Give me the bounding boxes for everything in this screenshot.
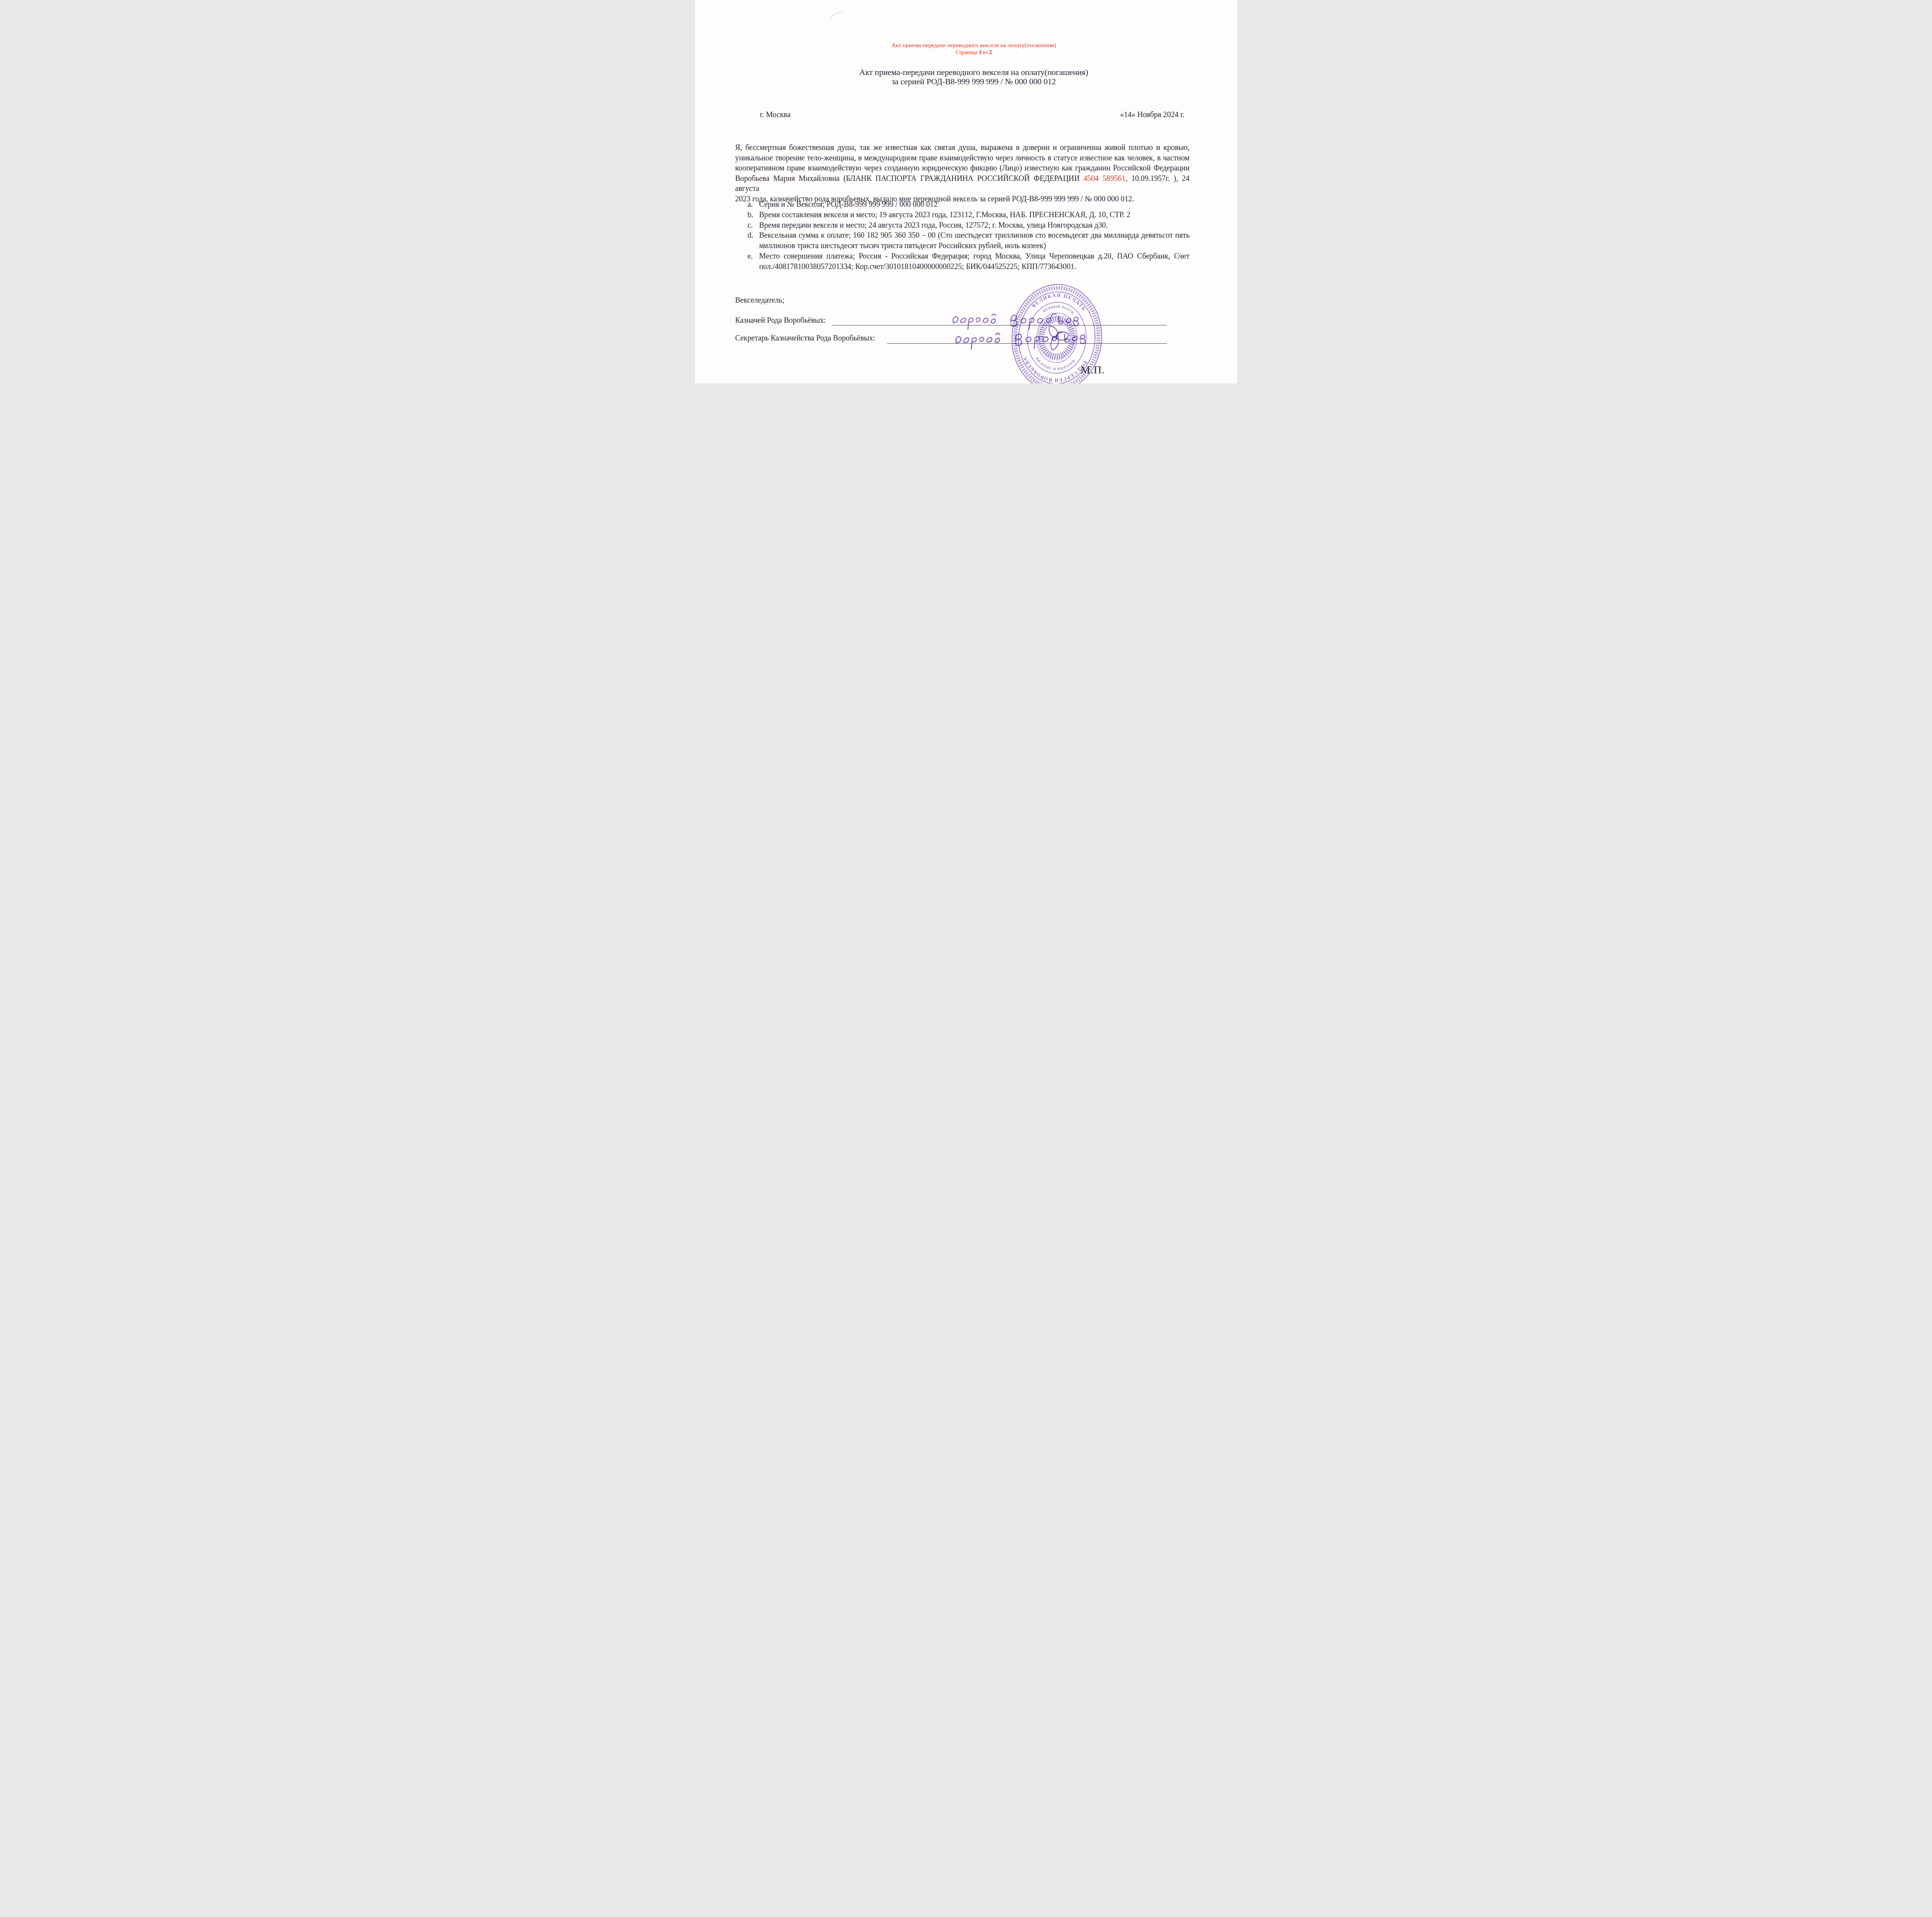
seal-place-mark: М.П.	[1081, 364, 1105, 376]
paragraph-line: Я, бессмертная божественная душа, так же…	[735, 143, 1190, 153]
list-item-text: миллионов триста шестьдесят тысяч триста…	[759, 241, 1190, 251]
list-item: e. Место совершения платежа; Россия - Ро…	[748, 251, 1190, 272]
page-current: 1	[979, 50, 981, 56]
list-marker: c.	[748, 220, 753, 231]
list-marker: a.	[748, 199, 753, 210]
paragraph-line: Воробьева Мария Михайловна (БЛАНК ПАСПОР…	[735, 174, 1190, 194]
document-title-line1: Акт приема-передачи переводного векселя …	[711, 68, 1237, 77]
treasurer-label: Казначей Рода Воробьёвых:	[735, 316, 826, 325]
secretary-handwritten-signature	[947, 324, 1088, 352]
list-item-text: Серия и № Векселя; РОД-В8-999 999 999 / …	[759, 199, 1190, 210]
passport-number: 4504 589561	[1083, 174, 1126, 183]
scan-scratch-mark	[829, 10, 844, 21]
city-label: г. Москва	[760, 111, 791, 119]
list-item: b. Время составления векселя и место; 19…	[748, 210, 1190, 220]
paragraph-line: уникальное творение тело-женщина, в межд…	[735, 153, 1190, 163]
main-paragraph: Я, бессмертная божественная душа, так же…	[735, 143, 1190, 204]
document-title-line2: за серией РОД-В8-999 999 999 / № 000 000…	[711, 77, 1237, 87]
list-item: c. Время передачи векселя и место; 24 ав…	[748, 220, 1190, 231]
list-marker: e.	[748, 251, 753, 262]
list-item-text: Вексельная сумма к оплате; 160 182 905 3…	[759, 230, 1190, 241]
list-item-text: Время составления векселя и место; 19 ав…	[759, 210, 1190, 220]
page-word: Страница	[956, 50, 978, 56]
list-marker: b.	[748, 210, 753, 220]
secretary-label: Секретарь Казначейства Рода Воробьёвых:	[735, 334, 875, 343]
running-header-title: Акт приема-передачи переводного векселя …	[711, 42, 1237, 49]
running-header-page-indicator: Страница 1 из 2	[711, 50, 1237, 56]
list-marker: d.	[748, 230, 753, 241]
list-item-text: Место совершения платежа; Россия - Росси…	[759, 251, 1190, 262]
list-item-text: пол./40817810038057201334; Кор.счет/3010…	[759, 262, 1190, 272]
document-page: Акт приема-передачи переводного векселя …	[695, 0, 1237, 383]
list-item: d. Вексельная сумма к оплате; 160 182 90…	[748, 230, 1190, 251]
of-word: из	[983, 50, 988, 56]
date-label: «14» Ноября 2024 г.	[1120, 111, 1185, 119]
page-total: 2	[989, 50, 992, 56]
terms-list: a. Серия и № Векселя; РОД-В8-999 999 999…	[748, 199, 1190, 272]
paragraph-line: кооперативном праве взаимодействую через…	[735, 163, 1190, 174]
document-title: Акт приема-передачи переводного векселя …	[711, 68, 1237, 86]
list-item: a. Серия и № Векселя; РОД-В8-999 999 999…	[748, 199, 1190, 210]
paragraph-line4-before: Воробьева Мария Михайловна (БЛАНК ПАСПОР…	[735, 174, 1083, 183]
drawer-label: Векселедатель;	[735, 296, 784, 305]
list-item-text: Время передачи векселя и место; 24 авгус…	[759, 220, 1190, 231]
